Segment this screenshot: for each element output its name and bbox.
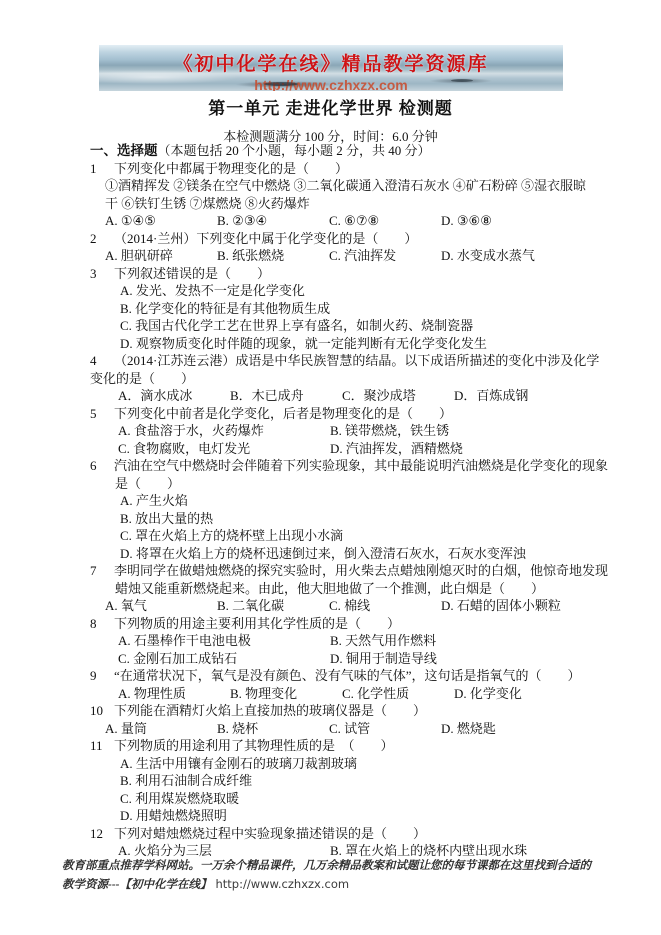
banner-site-title: 《初中化学在线》精品教学资源库 (99, 49, 563, 76)
question-items-line: ①酒精挥发 ②镁条在空气中燃烧 ③二氧化碳通入澄清石灰水 ④矿石粉碎 ⑤湿衣服晾 (90, 177, 590, 195)
option-b: B．木已成舟 (230, 387, 342, 405)
document-page: 《初中化学在线》精品教学资源库 http://www.czhxzx.com 第一… (0, 0, 661, 935)
options-row: C. 食物腐败，电灯发光 D. 汽油挥发，酒精燃烧 (90, 440, 590, 458)
option-c: C. 棉线 (329, 597, 441, 615)
question-number: 8 (90, 615, 114, 633)
option-d: D. 水变成水蒸气 (441, 247, 535, 265)
question-stem: 下列物质的用途主要利用其化学性质的是（ ） (114, 616, 400, 631)
question-number: 11 (90, 737, 114, 755)
site-banner: 《初中化学在线》精品教学资源库 http://www.czhxzx.com (99, 45, 563, 91)
question-2: 2（2014·兰州）下列变化中属于化学变化的是（ ） A. 胆矾研碎 B. 纸张… (90, 230, 590, 265)
question-10: 10下列能在酒精灯火焰上直接加热的玻璃仪器是（ ） A. 量筒 B. 烧杯 C.… (90, 702, 590, 737)
option-a: A. 胆矾研碎 (105, 247, 217, 265)
question-3: 3下列叙述错误的是（ ） A. 发光、发热不一定是化学变化 B. 化学变化的特征… (90, 265, 590, 353)
options-row: C. 金刚石加工成钻石 D. 铜用于制造导线 (90, 650, 590, 668)
option-b: B. 利用石油制合成纤维 (90, 772, 590, 790)
option-a: A. ①④⑤ (105, 212, 217, 230)
banner-site-url: http://www.czhxzx.com (99, 77, 563, 91)
question-number: 3 (90, 265, 114, 283)
option-c: C. 金刚石加工成钻石 (118, 650, 330, 668)
footer-line-2-text: 教学资源---【初中化学在线】 (62, 879, 212, 891)
section-label: 一、选择题 (90, 143, 158, 158)
option-c: C. ⑥⑦⑧ (329, 212, 441, 230)
question-stem: 下列叙述错误的是（ ） (114, 266, 270, 281)
option-c: C. 化学性质 (342, 685, 454, 703)
question-stem: 下列变化中都属于物理变化的是（ ） (114, 161, 348, 176)
boat-silhouette (451, 79, 473, 82)
question-number: 4 (90, 352, 114, 370)
boat-silhouette (264, 82, 298, 86)
option-c: C. 我国古代化学工艺在世界上享有盛名，如制火药、烧制瓷器 (90, 317, 590, 335)
option-a: A. 食盐溶于水，火药爆炸 (118, 422, 330, 440)
option-b: B. 二氧化碳 (217, 597, 329, 615)
options-row: A．滴水成冰 B．木已成舟 C．聚沙成塔 D．百炼成钢 (90, 387, 590, 405)
option-c: C. 罩在火焰上方的烧杯壁上出现小水滴 (90, 527, 590, 545)
question-number: 7 (90, 562, 114, 580)
question-number: 1 (90, 160, 114, 178)
question-4: 4（2014·江苏连云港）成语是中华民族智慧的结晶。以下成语所描述的变化中涉及化… (90, 352, 590, 405)
option-d: D. 用蜡烛燃烧照明 (90, 807, 590, 825)
question-number: 5 (90, 405, 114, 423)
option-a: A. 发光、发热不一定是化学变化 (90, 282, 590, 300)
question-stem: 李明同学在做蜡烛燃烧的探究实验时，用火柴去点蜡烛刚熄灭时的白烟，他惊奇地发现 (114, 563, 608, 578)
options-row: A. 物理性质 B. 物理变化 C. 化学性质 D. 化学变化 (90, 685, 590, 703)
question-11: 11下列物质的用途利用了其物理性质的是 （ ） A. 生活中用镶有金刚石的玻璃刀… (90, 737, 590, 825)
question-7: 7李明同学在做蜡烛燃烧的探究实验时，用火柴去点蜡烛刚熄灭时的白烟，他惊奇地发现 … (90, 562, 590, 615)
option-c: C. 汽油挥发 (329, 247, 441, 265)
question-number: 2 (90, 230, 114, 248)
option-a: A. 产生火焰 (90, 492, 590, 510)
option-c: C. 利用煤炭燃烧取暖 (90, 790, 590, 808)
option-a: A. 石墨棒作干电池电极 (118, 632, 330, 650)
option-b: B. 天然气用作燃料 (330, 632, 436, 650)
option-a: A．滴水成冰 (118, 387, 230, 405)
question-12: 12下列对蜡烛燃烧过程中实验现象描述错误的是（ ） A. 火焰分为三层 B. 罩… (90, 825, 590, 860)
question-stem: 下列对蜡烛燃烧过程中实验现象描述错误的是（ ） (114, 826, 426, 841)
option-a: A. 生活中用镶有金刚石的玻璃刀裁割玻璃 (90, 755, 590, 773)
option-a: A. 物理性质 (118, 685, 230, 703)
question-stem: （2014·江苏连云港）成语是中华民族智慧的结晶。以下成语所描述的变化中涉及化学 (114, 353, 599, 368)
options-row: A. 石墨棒作干电池电极 B. 天然气用作燃料 (90, 632, 590, 650)
question-8: 8下列物质的用途主要利用其化学性质的是（ ） A. 石墨棒作干电池电极 B. 天… (90, 615, 590, 668)
footer-site-url: http://www.czhxzx.com (212, 877, 350, 891)
option-c: C. 试管 (329, 720, 441, 738)
question-stem-continued: 是（ ） (90, 475, 590, 493)
question-items-line: 干 ⑥铁钉生锈 ⑦煤燃烧 ⑧火药爆炸 (90, 195, 590, 213)
section-desc: （本题包括 20 个小题，每小题 2 分，共 40 分） (158, 143, 431, 158)
question-stem-continued: 变化的是（ ） (90, 370, 590, 388)
option-d: D. 燃烧匙 (441, 720, 496, 738)
option-d: D. 化学变化 (454, 685, 522, 703)
options-row: A. 食盐溶于水，火药爆炸 B. 镁带燃烧，铁生锈 (90, 422, 590, 440)
option-a: A. 氧气 (105, 597, 217, 615)
option-d: D. 观察物质变化时伴随的现象，就一定能判断有无化学变化发生 (90, 335, 590, 353)
question-stem: 下列变化中前者是化学变化，后者是物理变化的是（ ） (114, 406, 452, 421)
option-c: C. 食物腐败，电灯发光 (118, 440, 330, 458)
option-d: D. 将罩在火焰上方的烧杯迅速倒过来，倒入澄清石灰水，石灰水变浑浊 (90, 545, 590, 563)
options-row: A. 氧气 B. 二氧化碳 C. 棉线 D. 石蜡的固体小颗粒 (90, 597, 590, 615)
option-b: B. 烧杯 (217, 720, 329, 738)
option-b: B. 纸张燃烧 (217, 247, 329, 265)
options-row: A. 胆矾研碎 B. 纸张燃烧 C. 汽油挥发 D. 水变成水蒸气 (90, 247, 590, 265)
option-c: C．聚沙成塔 (342, 387, 454, 405)
option-d: D. ③⑥⑧ (441, 212, 492, 230)
question-6: 6汽油在空气中燃烧时会伴随着下列实验现象，其中最能说明汽油燃烧是化学变化的现象 … (90, 457, 590, 562)
question-number: 12 (90, 825, 114, 843)
question-number: 6 (90, 457, 114, 475)
exam-body: 一、选择题（本题包括 20 个小题，每小题 2 分，共 40 分） 1下列变化中… (90, 142, 590, 860)
option-d: D. 汽油挥发，酒精燃烧 (330, 440, 463, 458)
question-9: 9“在通常状况下，氧气是没有颜色、没有气味的气体”，这句话是指氧气的（ ） A.… (90, 667, 590, 702)
footer-line-1: 教育部重点推荐学科网站。一万余个精品课件，几万余精品教案和试题让您的每节课都在这… (62, 857, 607, 875)
question-stem-continued: 蜡烛又能重新燃烧起来。由此，他大胆地做了一个推测，此白烟是（ ） (90, 580, 590, 598)
option-d: D．百炼成钢 (454, 387, 528, 405)
question-stem: （2014·兰州）下列变化中属于化学变化的是（ ） (114, 231, 417, 246)
option-b: B. 放出大量的热 (90, 510, 590, 528)
site-footer: 教育部重点推荐学科网站。一万余个精品课件，几万余精品教案和试题让您的每节课都在这… (62, 857, 607, 894)
option-d: D. 石蜡的固体小颗粒 (441, 597, 561, 615)
question-stem: 下列能在酒精灯火焰上直接加热的玻璃仪器是（ ） (114, 703, 426, 718)
footer-line-2: 教学资源---【初中化学在线】http://www.czhxzx.com (62, 875, 607, 894)
question-stem: 汽油在空气中燃烧时会伴随着下列实验现象，其中最能说明汽油燃烧是化学变化的现象 (114, 458, 608, 473)
option-b: B. ②③④ (217, 212, 329, 230)
question-1: 1下列变化中都属于物理变化的是（ ） ①酒精挥发 ②镁条在空气中燃烧 ③二氧化碳… (90, 160, 590, 230)
options-row: A. ①④⑤ B. ②③④ C. ⑥⑦⑧ D. ③⑥⑧ (90, 212, 590, 230)
option-b: B. 镁带燃烧，铁生锈 (330, 422, 449, 440)
option-d: D. 铜用于制造导线 (330, 650, 437, 668)
question-stem: 下列物质的用途利用了其物理性质的是 （ ） (114, 738, 394, 753)
question-number: 10 (90, 702, 114, 720)
options-row: A. 量筒 B. 烧杯 C. 试管 D. 燃烧匙 (90, 720, 590, 738)
question-5: 5下列变化中前者是化学变化，后者是物理变化的是（ ） A. 食盐溶于水，火药爆炸… (90, 405, 590, 458)
option-b: B. 化学变化的特征是有其他物质生成 (90, 300, 590, 318)
section-heading: 一、选择题（本题包括 20 个小题，每小题 2 分，共 40 分） (90, 142, 590, 160)
page-title: 第一单元 走进化学世界 检测题 (0, 94, 661, 119)
option-a: A. 量筒 (105, 720, 217, 738)
question-stem: “在通常状况下，氧气是没有颜色、没有气味的气体”，这句话是指氧气的（ ） (114, 668, 581, 683)
question-number: 9 (90, 667, 114, 685)
option-b: B. 物理变化 (230, 685, 342, 703)
